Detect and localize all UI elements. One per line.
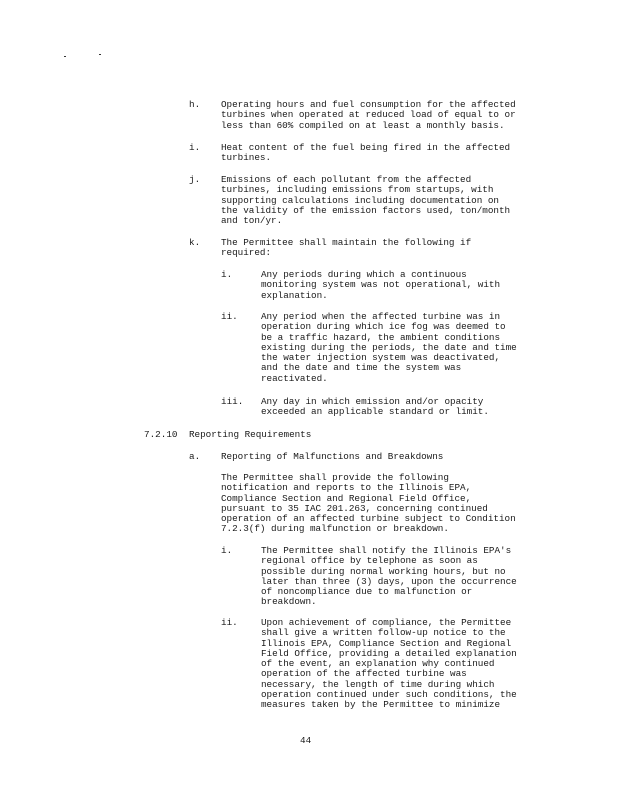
item-label-h: h.	[189, 100, 200, 110]
item-h-text: Operating hours and fuel consumption for…	[221, 100, 516, 131]
item-label-k: k.	[189, 238, 200, 248]
item-j-text: Emissions of each pollutant from the aff…	[221, 175, 510, 226]
a-subitem-label-i: i.	[221, 546, 232, 556]
k-subitem-ii-text: Any period when the affected turbine was…	[261, 312, 517, 384]
section-title: Reporting Requirements	[189, 430, 311, 440]
item-k-text: The Permittee shall maintain the followi…	[221, 238, 471, 259]
k-subitem-i-text: Any periods during which a continuousmon…	[261, 270, 500, 301]
item-label-j: j.	[189, 175, 200, 185]
item-i-text: Heat content of the fuel being fired in …	[221, 143, 510, 164]
a-subitem-label-ii: ii.	[221, 618, 238, 628]
item-label-i: i.	[189, 143, 200, 153]
a-subitem-ii-text: Upon achievement of compliance, the Perm…	[261, 618, 517, 711]
subsection-label-a: a.	[189, 452, 200, 462]
a-subitem-i-text: The Permittee shall notify the Illinois …	[261, 546, 517, 608]
k-subitem-label-ii: ii.	[221, 312, 238, 322]
subsection-intro: The Permittee shall provide the followin…	[221, 473, 516, 535]
document-page: h. Operating hours and fuel consumption …	[0, 0, 620, 800]
k-subitem-iii-text: Any day in which emission and/or opacity…	[261, 397, 489, 418]
subsection-title: Reporting of Malfunctions and Breakdowns	[221, 452, 443, 462]
scan-mark	[99, 54, 101, 55]
section-number: 7.2.10	[144, 430, 177, 440]
page-number: 44	[300, 736, 311, 746]
scan-mark	[64, 56, 66, 57]
k-subitem-label-i: i.	[221, 270, 232, 280]
k-subitem-label-iii: iii.	[221, 397, 243, 407]
